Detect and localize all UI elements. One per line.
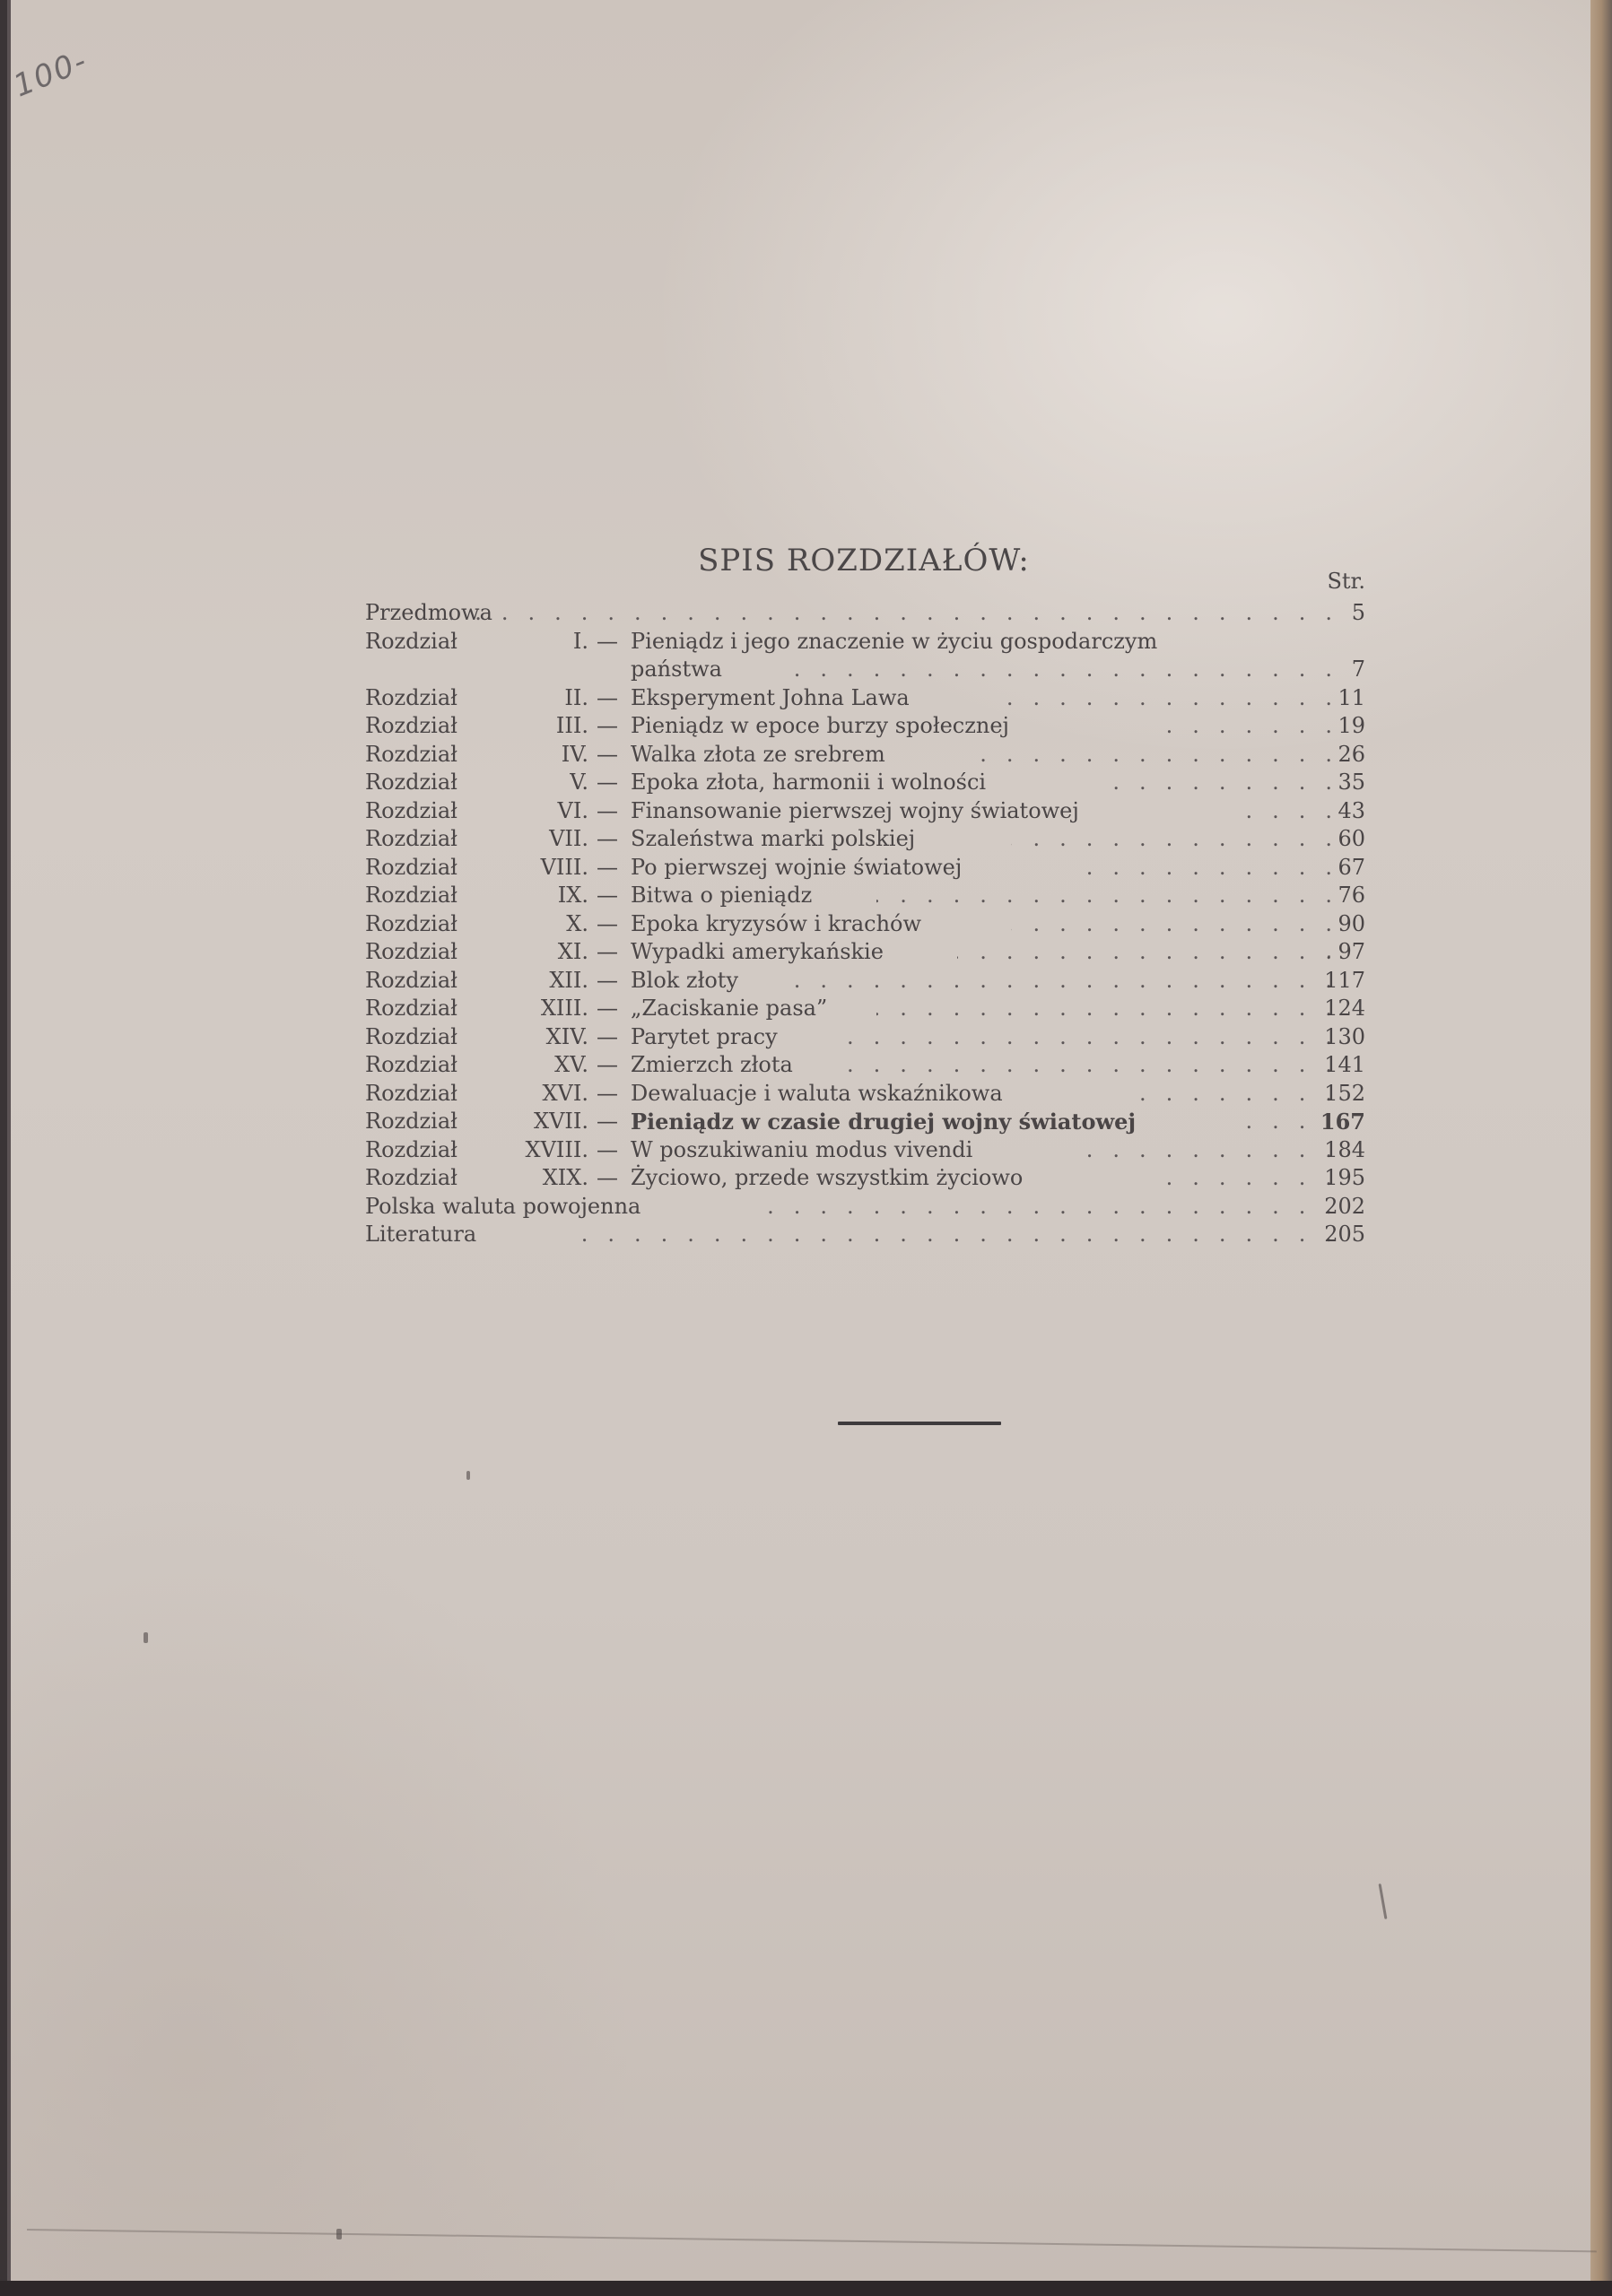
entry-page-number: 152 (1292, 1080, 1365, 1109)
entry-page-number: 90 (1292, 910, 1365, 939)
entry-dash: — (592, 797, 623, 826)
entry-label: Rozdział (365, 712, 457, 741)
entry-page-number: 76 (1292, 882, 1365, 910)
chapter-numeral: XV. (502, 1051, 588, 1080)
entry-dash: — (592, 1051, 623, 1080)
entry-dash: — (592, 854, 623, 883)
page-column-label: Str. (1292, 569, 1365, 594)
entry-title: Epoka kryzysów i krachów (631, 910, 921, 939)
toc-entry: RozdziałXIX.—Życiowo, przede wszystkim ż… (0, 1164, 1612, 1193)
entry-page-number: 5 (1292, 599, 1365, 628)
entry-title: W poszukiwaniu modus vivendi (631, 1136, 972, 1165)
entry-page-number: 97 (1292, 938, 1365, 967)
entry-title: Szaleństwa marki polskiej (631, 825, 915, 854)
toc-entry: RozdziałXVIII.—W poszukiwaniu modus vive… (0, 1136, 1612, 1165)
entry-dash: — (592, 1023, 623, 1052)
toc-entry: RozdziałXV.—Zmierzch złota..............… (0, 1051, 1612, 1080)
toc-entry: RozdziałVII.—Szaleństwa marki polskiej..… (0, 825, 1612, 854)
toc-entry: Polska waluta powojenna.................… (0, 1193, 1612, 1222)
entry-title: Literatura (365, 1221, 476, 1249)
entry-label: Rozdział (365, 825, 457, 854)
entry-page-number: 202 (1292, 1193, 1365, 1222)
entry-dash: — (592, 910, 623, 939)
chapter-numeral: XII. (502, 967, 588, 996)
entry-label: Rozdział (365, 1108, 457, 1136)
entry-label: Rozdział (365, 995, 457, 1023)
chapter-numeral: VI. (502, 797, 588, 826)
entry-label: Rozdział (365, 938, 457, 967)
entry-page-number: 26 (1292, 741, 1365, 770)
toc-entry: RozdziałXIII.—„Zaciskanie pasa”.........… (0, 995, 1612, 1023)
dot-leader: ........................................… (580, 1221, 1352, 1249)
entry-page-number: 184 (1292, 1136, 1365, 1165)
dot-leader: ........................................… (876, 995, 1352, 1023)
entry-label: Rozdział (365, 769, 457, 797)
entry-label: Rozdział (365, 628, 457, 657)
dot-leader: ........................................… (832, 1023, 1352, 1052)
entry-page-number: 60 (1292, 825, 1365, 854)
entry-page-number: 19 (1292, 712, 1365, 741)
dot-leader: ........................................… (796, 656, 1352, 684)
entry-dash: — (592, 741, 623, 770)
entry-title: Dewaluacje i waluta wskaźnikowa (631, 1080, 1003, 1109)
toc-entry: RozdziałVIII.—Po pierwszej wojnie świato… (0, 854, 1612, 883)
chapter-numeral: VII. (502, 825, 588, 854)
entry-page-number: 167 (1292, 1108, 1365, 1136)
entry-title: Pieniądz w czasie drugiej wojny światowe… (631, 1108, 1136, 1136)
chapter-numeral: IV. (502, 741, 588, 770)
dot-leader: ........................................… (769, 1193, 1352, 1222)
entry-page-number: 43 (1292, 797, 1365, 826)
entry-label: Rozdział (365, 1164, 457, 1193)
entry-title: Eksperyment Johna Lawa (631, 684, 910, 713)
toc-entry: RozdziałXIV.—Parytet pracy..............… (0, 1023, 1612, 1052)
chapter-numeral: XVIII. (502, 1136, 588, 1165)
entry-label: Rozdział (365, 910, 457, 939)
paper-speck (144, 1632, 148, 1643)
toc-entry: RozdziałX.—Epoka kryzysów i krachów.....… (0, 910, 1612, 939)
dot-leader: ........................................… (832, 1051, 1352, 1080)
entry-title: Życiowo, przede wszystkim życiowo (631, 1164, 1023, 1193)
chapter-numeral: VIII. (502, 854, 588, 883)
entry-title: Pieniądz w epoce burzy społecznej (631, 712, 1009, 741)
chapter-numeral: I. (502, 628, 588, 657)
entry-label: Rozdział (365, 882, 457, 910)
entry-title: Zmierzch złota (631, 1051, 793, 1080)
paper-speck (336, 2229, 342, 2239)
toc-entry: RozdziałXVII.—Pieniądz w czasie drugiej … (0, 1108, 1612, 1136)
chapter-numeral: XIII. (502, 995, 588, 1023)
dot-leader: ........................................… (437, 599, 1352, 628)
toc-entry: RozdziałI.—Pieniądz i jego znaczenie w ż… (0, 628, 1612, 657)
entry-dash: — (592, 1080, 623, 1109)
entry-title: Walka złota ze srebrem (631, 741, 885, 770)
entry-label: Rozdział (365, 684, 457, 713)
chapter-numeral: V. (502, 769, 588, 797)
paper-speck (1328, 955, 1330, 958)
entry-label: Rozdział (365, 797, 457, 826)
entry-title: Epoka złota, harmonii i wolności (631, 769, 986, 797)
entry-dash: — (592, 712, 623, 741)
chapter-numeral: XVI. (502, 1080, 588, 1109)
toc-entry: Literatura..............................… (0, 1221, 1612, 1249)
toc-entry: RozdziałVI.—Finansowanie pierwszej wojny… (0, 797, 1612, 826)
toc-entry: RozdziałIV.—Walka złota ze srebrem......… (0, 741, 1612, 770)
entry-page-number: 205 (1292, 1221, 1365, 1249)
entry-title: Parytet pracy (631, 1023, 778, 1052)
entry-page-number: 141 (1292, 1051, 1365, 1080)
entry-page-number: 130 (1292, 1023, 1365, 1052)
toc-entry: państwa.................................… (0, 656, 1612, 684)
entry-page-number: 11 (1292, 684, 1365, 713)
toc-entry: RozdziałXII.—Blok złoty.................… (0, 967, 1612, 996)
entry-title: Pieniądz i jego znaczenie w życiu gospod… (631, 628, 1157, 657)
page-title: SPIS ROZDZIAŁÓW: (0, 543, 1612, 578)
entry-title: Bitwa o pieniądz (631, 882, 812, 910)
chapter-numeral: II. (502, 684, 588, 713)
chapter-numeral: XIV. (502, 1023, 588, 1052)
entry-dash: — (592, 967, 623, 996)
entry-label: Rozdział (365, 854, 457, 883)
entry-dash: — (592, 995, 623, 1023)
page-bottom-edge (0, 2281, 1612, 2296)
entry-page-number: 35 (1292, 769, 1365, 797)
entry-dash: — (592, 882, 623, 910)
entry-title: Po pierwszej wojnie światowej (631, 854, 962, 883)
entry-dash: — (592, 628, 623, 657)
entry-title: Finansowanie pierwszej wojny światowej (631, 797, 1079, 826)
entry-page-number: 67 (1292, 854, 1365, 883)
entry-dash: — (592, 1136, 623, 1165)
dot-leader: ........................................… (876, 882, 1352, 910)
entry-page-number: 195 (1292, 1164, 1365, 1193)
entry-title: Wypadki amerykańskie (631, 938, 884, 967)
entry-label: Rozdział (365, 1080, 457, 1109)
entry-label: Rozdział (365, 1023, 457, 1052)
entry-dash: — (592, 825, 623, 854)
toc-entry: RozdziałIII.—Pieniądz w epoce burzy społ… (0, 712, 1612, 741)
chapter-numeral: III. (502, 712, 588, 741)
entry-title: „Zaciskanie pasa” (631, 995, 827, 1023)
entry-dash: — (592, 938, 623, 967)
dot-leader: ........................................… (778, 967, 1352, 996)
toc-entry: RozdziałV.—Epoka złota, harmonii i wolno… (0, 769, 1612, 797)
toc-entry: RozdziałII.—Eksperyment Johna Lawa......… (0, 684, 1612, 713)
entry-label: Rozdział (365, 1136, 457, 1165)
entry-page-number: 124 (1292, 995, 1365, 1023)
entry-page-number: 7 (1292, 656, 1365, 684)
entry-label: Rozdział (365, 741, 457, 770)
entry-dash: — (592, 769, 623, 797)
entry-title: państwa (631, 656, 722, 684)
chapter-numeral: X. (502, 910, 588, 939)
entry-label: Rozdział (365, 967, 457, 996)
chapter-numeral: XIX. (502, 1164, 588, 1193)
entry-title: Blok złoty (631, 967, 738, 996)
toc-entry: RozdziałXI.—Wypadki amerykańskie........… (0, 938, 1612, 967)
toc-entry: RozdziałIX.—Bitwa o pieniądz............… (0, 882, 1612, 910)
entry-label: Rozdział (365, 1051, 457, 1080)
paper-speck (466, 1471, 470, 1480)
table-of-contents: Przedmowa...............................… (0, 599, 1612, 1249)
entry-page-number: 117 (1292, 967, 1365, 996)
section-divider (838, 1422, 1001, 1425)
toc-entry: RozdziałXVI.—Dewaluacje i waluta wskaźni… (0, 1080, 1612, 1109)
entry-dash: — (592, 1108, 623, 1136)
entry-title: Polska waluta powojenna (365, 1193, 640, 1222)
toc-entry: Przedmowa...............................… (0, 599, 1612, 628)
chapter-numeral: XVII. (502, 1108, 588, 1136)
entry-dash: — (592, 1164, 623, 1193)
chapter-numeral: XI. (502, 938, 588, 967)
chapter-numeral: IX. (502, 882, 588, 910)
entry-dash: — (592, 684, 623, 713)
